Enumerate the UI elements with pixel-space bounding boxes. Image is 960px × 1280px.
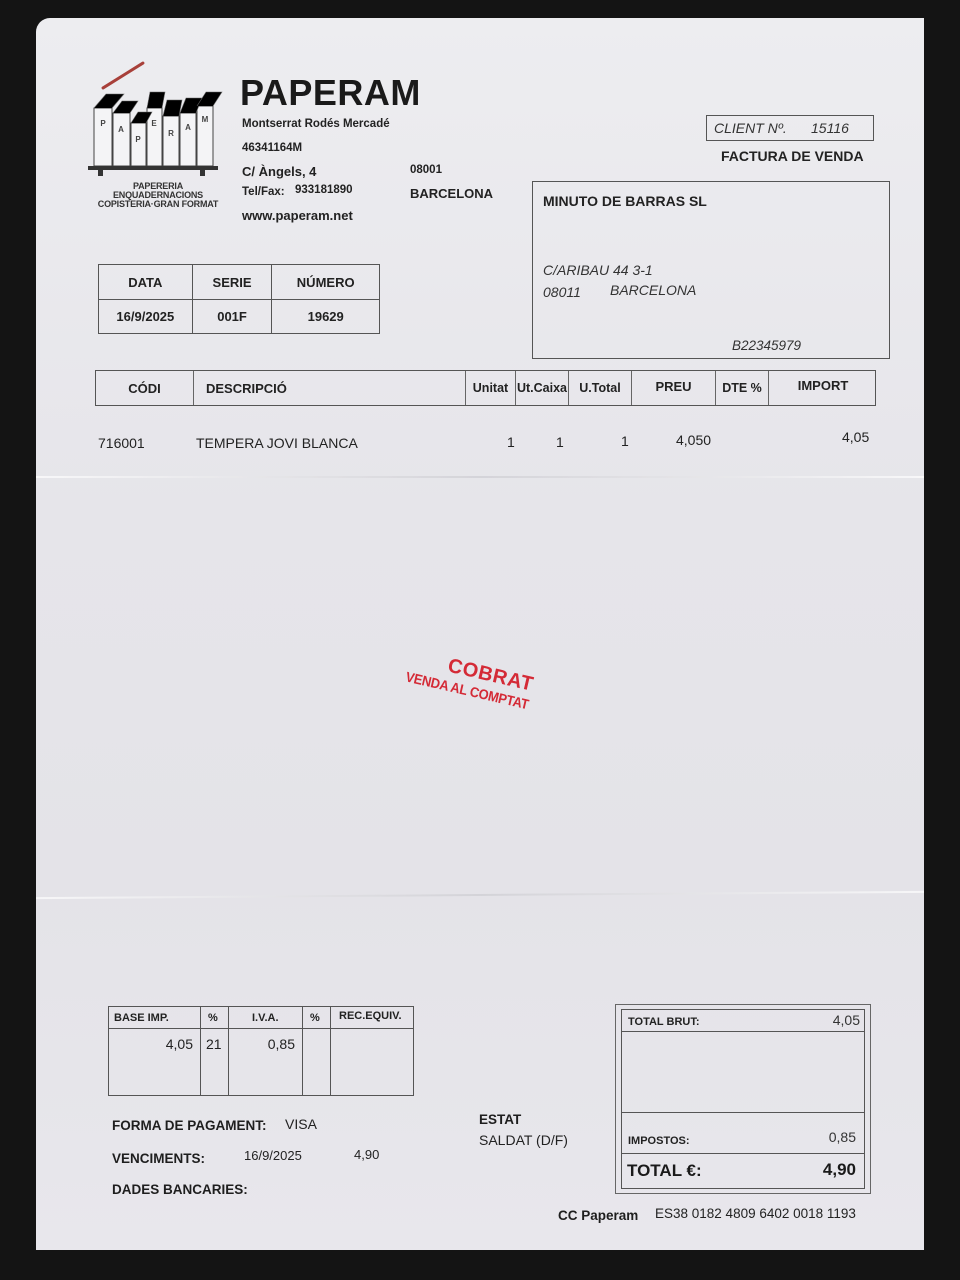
- col-amount: IMPORT: [769, 371, 877, 405]
- invoice-meta-table: DATA SERIE NÚMERO 16/9/2025 001F 19629: [98, 264, 380, 334]
- status-label: ESTAT: [479, 1112, 521, 1127]
- company-tax-id: 46341164M: [242, 142, 302, 154]
- bank-account-iban: ES38 0182 4809 6402 0018 1193: [655, 1206, 856, 1221]
- svg-text:M: M: [202, 115, 209, 124]
- gross-total-label: TOTAL BRUT:: [628, 1016, 700, 1028]
- document-type: FACTURA DE VENDA: [721, 148, 864, 164]
- payment-method: VISA: [285, 1116, 317, 1132]
- item-code: 716001: [98, 435, 145, 451]
- bank-account-label: CC Paperam: [558, 1208, 638, 1223]
- taxes-row: IMPOSTOS: 0,85: [622, 1112, 864, 1154]
- item-price: 4,050: [676, 432, 711, 448]
- col-price: PREU: [632, 371, 716, 405]
- gross-total-value: 4,05: [833, 1012, 860, 1028]
- item-amount: 4,05: [842, 429, 869, 445]
- client-number-label: CLIENT Nº.: [714, 120, 787, 136]
- status-value: SALDAT (D/F): [479, 1132, 568, 1148]
- client-number-box: CLIENT Nº. 15116: [706, 115, 874, 141]
- tax-rate-value: 21: [206, 1036, 222, 1052]
- svg-text:P: P: [135, 135, 141, 144]
- company-address: C/ Àngels, 4: [242, 164, 316, 179]
- tax-header-rate: %: [208, 1012, 218, 1024]
- item-description: TEMPERA JOVI BLANCA: [196, 435, 358, 451]
- item-units-box: 1: [556, 434, 564, 450]
- meta-header-date: DATA: [99, 265, 193, 300]
- grand-total-row: TOTAL €: 4,90: [622, 1156, 864, 1190]
- tax-header-surcharge: REC.EQUIV.: [339, 1010, 402, 1022]
- meta-header-series: SERIE: [192, 265, 272, 300]
- meta-header-number: NÚMERO: [272, 265, 380, 300]
- invoice-paper: P A P E R A M PAPERERIA ENQUADERNACIONS …: [36, 18, 924, 1250]
- svg-text:P: P: [100, 119, 106, 128]
- tax-header-base: BASE IMP.: [114, 1012, 169, 1024]
- paper-fold-line: [36, 476, 924, 478]
- books-icon: P A P E R A M: [88, 86, 228, 176]
- customer-postal-code: 08011: [543, 284, 581, 300]
- lines-header: CÓDI DESCRIPCIÓ Unitat Ut.Caixa U.Total …: [95, 370, 876, 406]
- tax-summary-table: BASE IMP. % I.V.A. % REC.EQUIV. 4,05 21 …: [108, 1006, 414, 1096]
- due-amount: 4,90: [354, 1147, 379, 1162]
- col-code: CÓDI: [96, 371, 194, 405]
- grand-total-value: 4,90: [823, 1160, 856, 1180]
- col-description: DESCRIPCIÓ: [194, 371, 466, 405]
- col-discount: DTE %: [716, 371, 769, 405]
- customer-name: MINUTO DE BARRAS SL: [543, 193, 707, 209]
- grand-total-label: TOTAL €:: [627, 1161, 702, 1181]
- svg-text:A: A: [118, 125, 124, 134]
- company-logo: P A P E R A M PAPERERIA ENQUADERNACIONS …: [88, 86, 228, 216]
- company-website: www.paperam.net: [242, 208, 353, 223]
- invoice-number: 19629: [272, 300, 380, 334]
- company-phone-label: Tel/Fax:: [242, 186, 285, 198]
- tax-vat-value: 0,85: [268, 1036, 295, 1052]
- customer-address: C/ARIBAU 44 3-1: [543, 262, 653, 278]
- due-date: 16/9/2025: [244, 1148, 302, 1163]
- customer-tax-id: B22345979: [732, 338, 801, 353]
- totals-box: TOTAL BRUT: 4,05 IMPOSTOS: 0,85 TOTAL €:…: [615, 1004, 871, 1194]
- svg-text:A: A: [185, 123, 191, 132]
- gross-total-row: TOTAL BRUT: 4,05: [622, 1010, 864, 1032]
- customer-city: BARCELONA: [610, 282, 696, 298]
- taxes-label: IMPOSTOS:: [628, 1135, 690, 1147]
- item-unit: 1: [507, 434, 515, 450]
- svg-text:E: E: [151, 119, 157, 128]
- invoice-date: 16/9/2025: [99, 300, 193, 334]
- col-units-total: U.Total: [569, 371, 632, 405]
- company-postal-code: 08001: [410, 164, 442, 176]
- item-units-total: 1: [621, 433, 629, 449]
- logo-caption-line: COPISTERIA·GRAN FORMAT: [88, 200, 228, 209]
- invoice-series: 001F: [192, 300, 272, 334]
- company-city: BARCELONA: [410, 186, 493, 201]
- tax-header-vat: I.V.A.: [252, 1012, 279, 1024]
- company-phone: 933181890: [295, 184, 353, 196]
- paid-stamp: COBRAT VENDA AL COMPTAT: [404, 646, 546, 715]
- due-label: VENCIMENTS:: [112, 1151, 205, 1166]
- tax-base-value: 4,05: [166, 1036, 193, 1052]
- line-item-row: 716001 TEMPERA JOVI BLANCA 1 1 1 4,050 4…: [36, 432, 924, 454]
- customer-box: MINUTO DE BARRAS SL C/ARIBAU 44 3-1 0801…: [532, 181, 890, 359]
- taxes-value: 0,85: [829, 1129, 856, 1145]
- col-units-box: Ut.Caixa: [516, 371, 569, 405]
- company-owner: Montserrat Rodés Mercadé: [242, 118, 390, 130]
- svg-text:R: R: [168, 129, 174, 138]
- tax-header-rate2: %: [310, 1012, 320, 1024]
- company-name: PAPERAM: [240, 72, 421, 114]
- paper-fold-line: [36, 891, 924, 899]
- client-number-value: 15116: [811, 120, 849, 136]
- payment-method-label: FORMA DE PAGAMENT:: [112, 1118, 267, 1133]
- bank-details-label: DADES BANCARIES:: [112, 1182, 248, 1197]
- col-unit: Unitat: [466, 371, 516, 405]
